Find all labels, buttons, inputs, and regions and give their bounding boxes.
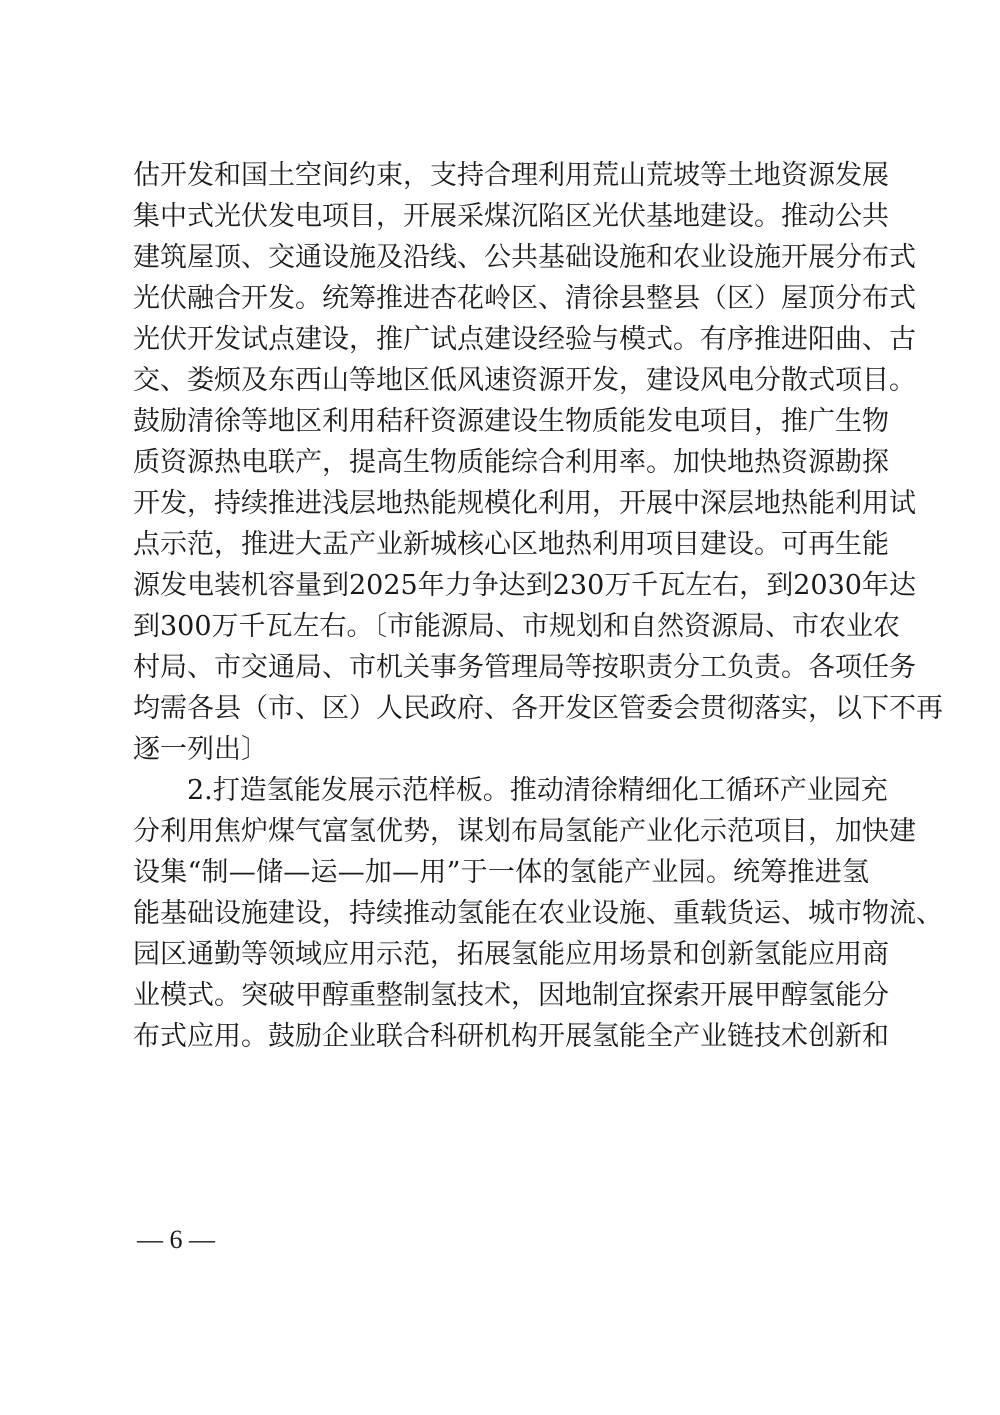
text-line: 开发，持续推进浅层地热能规模化利用，开展中深层地热能利用试 bbox=[133, 483, 869, 524]
text-line: 设集“制—储—运—加—用”于一体的氢能产业园。统筹推进氢 bbox=[133, 852, 869, 893]
text-line: 质资源热电联产，提高生物质能综合利用率。加快地热资源勘探 bbox=[133, 442, 869, 483]
text-line: 源发电装机容量到2025年力争达到230万千瓦左右，到2030年达 bbox=[133, 565, 869, 606]
text-line: 交、娄烦及东西山等地区低风速资源开发，建设风电分散式项目。 bbox=[133, 360, 869, 401]
section-heading-line: 2.打造氢能发展示范样板。推动清徐精细化工循环产业园充 bbox=[133, 770, 869, 811]
text-line: 光伏融合开发。统筹推进杏花岭区、清徐县整县（区）屋顶分布式 bbox=[133, 278, 869, 319]
text-line: 逐一列出〕 bbox=[133, 729, 869, 770]
text-line: 建筑屋顶、交通设施及沿线、公共基础设施和农业设施开展分布式 bbox=[133, 237, 869, 278]
text-line: 到300万千瓦左右。〔市能源局、市规划和自然资源局、市农业农 bbox=[133, 606, 869, 647]
text-line: 村局、市交通局、市机关事务管理局等按职责分工负责。各项任务 bbox=[133, 647, 869, 688]
text-line: 光伏开发试点建设，推广试点建设经验与模式。有序推进阳曲、古 bbox=[133, 319, 869, 360]
page-number: — 6 — bbox=[137, 1222, 215, 1258]
text-line: 集中式光伏发电项目，开展采煤沉陷区光伏基地建设。推动公共 bbox=[133, 196, 869, 237]
text-line: 分利用焦炉煤气富氢优势，谋划布局氢能产业化示范项目，加快建 bbox=[133, 811, 869, 852]
text-line: 点示范，推进大盂产业新城核心区地热利用项目建设。可再生能 bbox=[133, 524, 869, 565]
text-line: 估开发和国土空间约束，支持合理利用荒山荒坡等土地资源发展 bbox=[133, 155, 869, 196]
text-line: 园区通勤等领域应用示范，拓展氢能应用场景和创新氢能应用商 bbox=[133, 934, 869, 975]
body-text: 估开发和国土空间约束，支持合理利用荒山荒坡等土地资源发展 集中式光伏发电项目，开… bbox=[133, 155, 869, 1057]
document-page: 估开发和国土空间约束，支持合理利用荒山荒坡等土地资源发展 集中式光伏发电项目，开… bbox=[0, 0, 1000, 1415]
text-line: 能基础设施建设，持续推动氢能在农业设施、重载货运、城市物流、 bbox=[133, 893, 869, 934]
text-line: 鼓励清徐等地区利用秸秆资源建设生物质能发电项目，推广生物 bbox=[133, 401, 869, 442]
text-line: 布式应用。鼓励企业联合科研机构开展氢能全产业链技术创新和 bbox=[133, 1016, 869, 1057]
text-line: 均需各县（市、区）人民政府、各开发区管委会贯彻落实，以下不再 bbox=[133, 688, 869, 729]
text-line: 业模式。突破甲醇重整制氢技术，因地制宜探索开展甲醇氢能分 bbox=[133, 975, 869, 1016]
